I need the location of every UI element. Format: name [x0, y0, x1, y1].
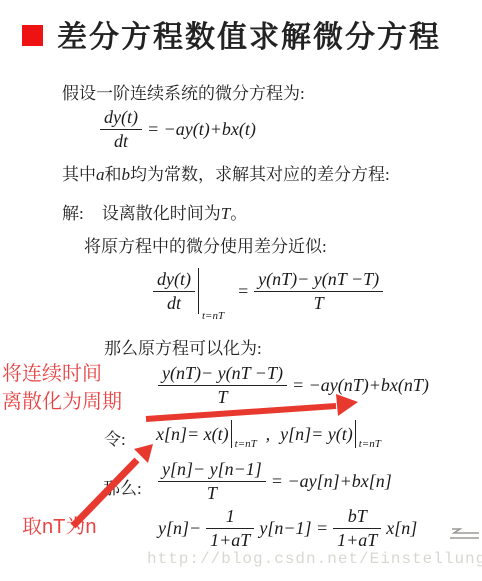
formula-differential-equation: dy(t) dt = −ay(t)+bx(t) [100, 106, 256, 152]
fraction: dy(t) dt [100, 106, 142, 152]
constants-text: 其中a和b均为常数，求解其对应的差分方程: [62, 160, 390, 185]
then-label: 那么: [103, 474, 142, 499]
transform-text: 那么原方程可以化为: [104, 334, 262, 359]
formula-sequence-definition: x[n]= x(t)t=nT,y[n]= y(t)t=nT [156, 420, 390, 448]
fraction: y(nT)− y(nT −T) T [254, 268, 383, 314]
annotation-note-discretize: 将连续时间 离散化为周期 [2, 360, 122, 416]
fraction: y(nT)− y(nT −T) T [158, 362, 287, 408]
evaluation-bar: t=nT [355, 420, 356, 448]
corner-glyph-icon [443, 525, 481, 545]
approx-text: 将原方程中的微分使用差分近似: [84, 232, 327, 257]
formula-discretized-equation: y(nT)− y(nT −T) T = −ay(nT)+bx(nT) [158, 362, 429, 408]
fraction: dy(t) dt [153, 268, 195, 314]
fraction: bT 1+aT [333, 505, 381, 551]
page-title: 差分方程数值求解微分方程 [57, 12, 441, 56]
watermark-text: http://blog.csdn.net/Einstellung [147, 550, 482, 568]
formula-difference-approx: dy(t) dt t=nT = y(nT)− y(nT −T) T [153, 268, 383, 314]
fraction: 1 1+aT [206, 505, 254, 551]
solve-label: 解: [62, 204, 84, 223]
evaluation-bar: t=nT [231, 420, 232, 448]
solve-line: 解:设离散化时间为T。 [62, 199, 247, 224]
intro-text: 假设一阶连续系统的微分方程为: [62, 79, 305, 104]
title-bullet-icon [22, 25, 43, 46]
let-label: 令: [104, 425, 126, 450]
annotation-note-substitution: 取nT为n [22, 513, 96, 541]
fraction: y[n]− y[n−1] T [158, 458, 266, 504]
formula-final-result: y[n]− 1 1+aT y[n−1] = bT 1+aT x[n] [158, 505, 417, 551]
formula-difference-equation: y[n]− y[n−1] T = −ay[n]+bx[n] [158, 458, 392, 504]
slide: 差分方程数值求解微分方程 假设一阶连续系统的微分方程为: dy(t) dt = … [0, 0, 482, 581]
evaluation-bar: t=nT [198, 268, 199, 314]
